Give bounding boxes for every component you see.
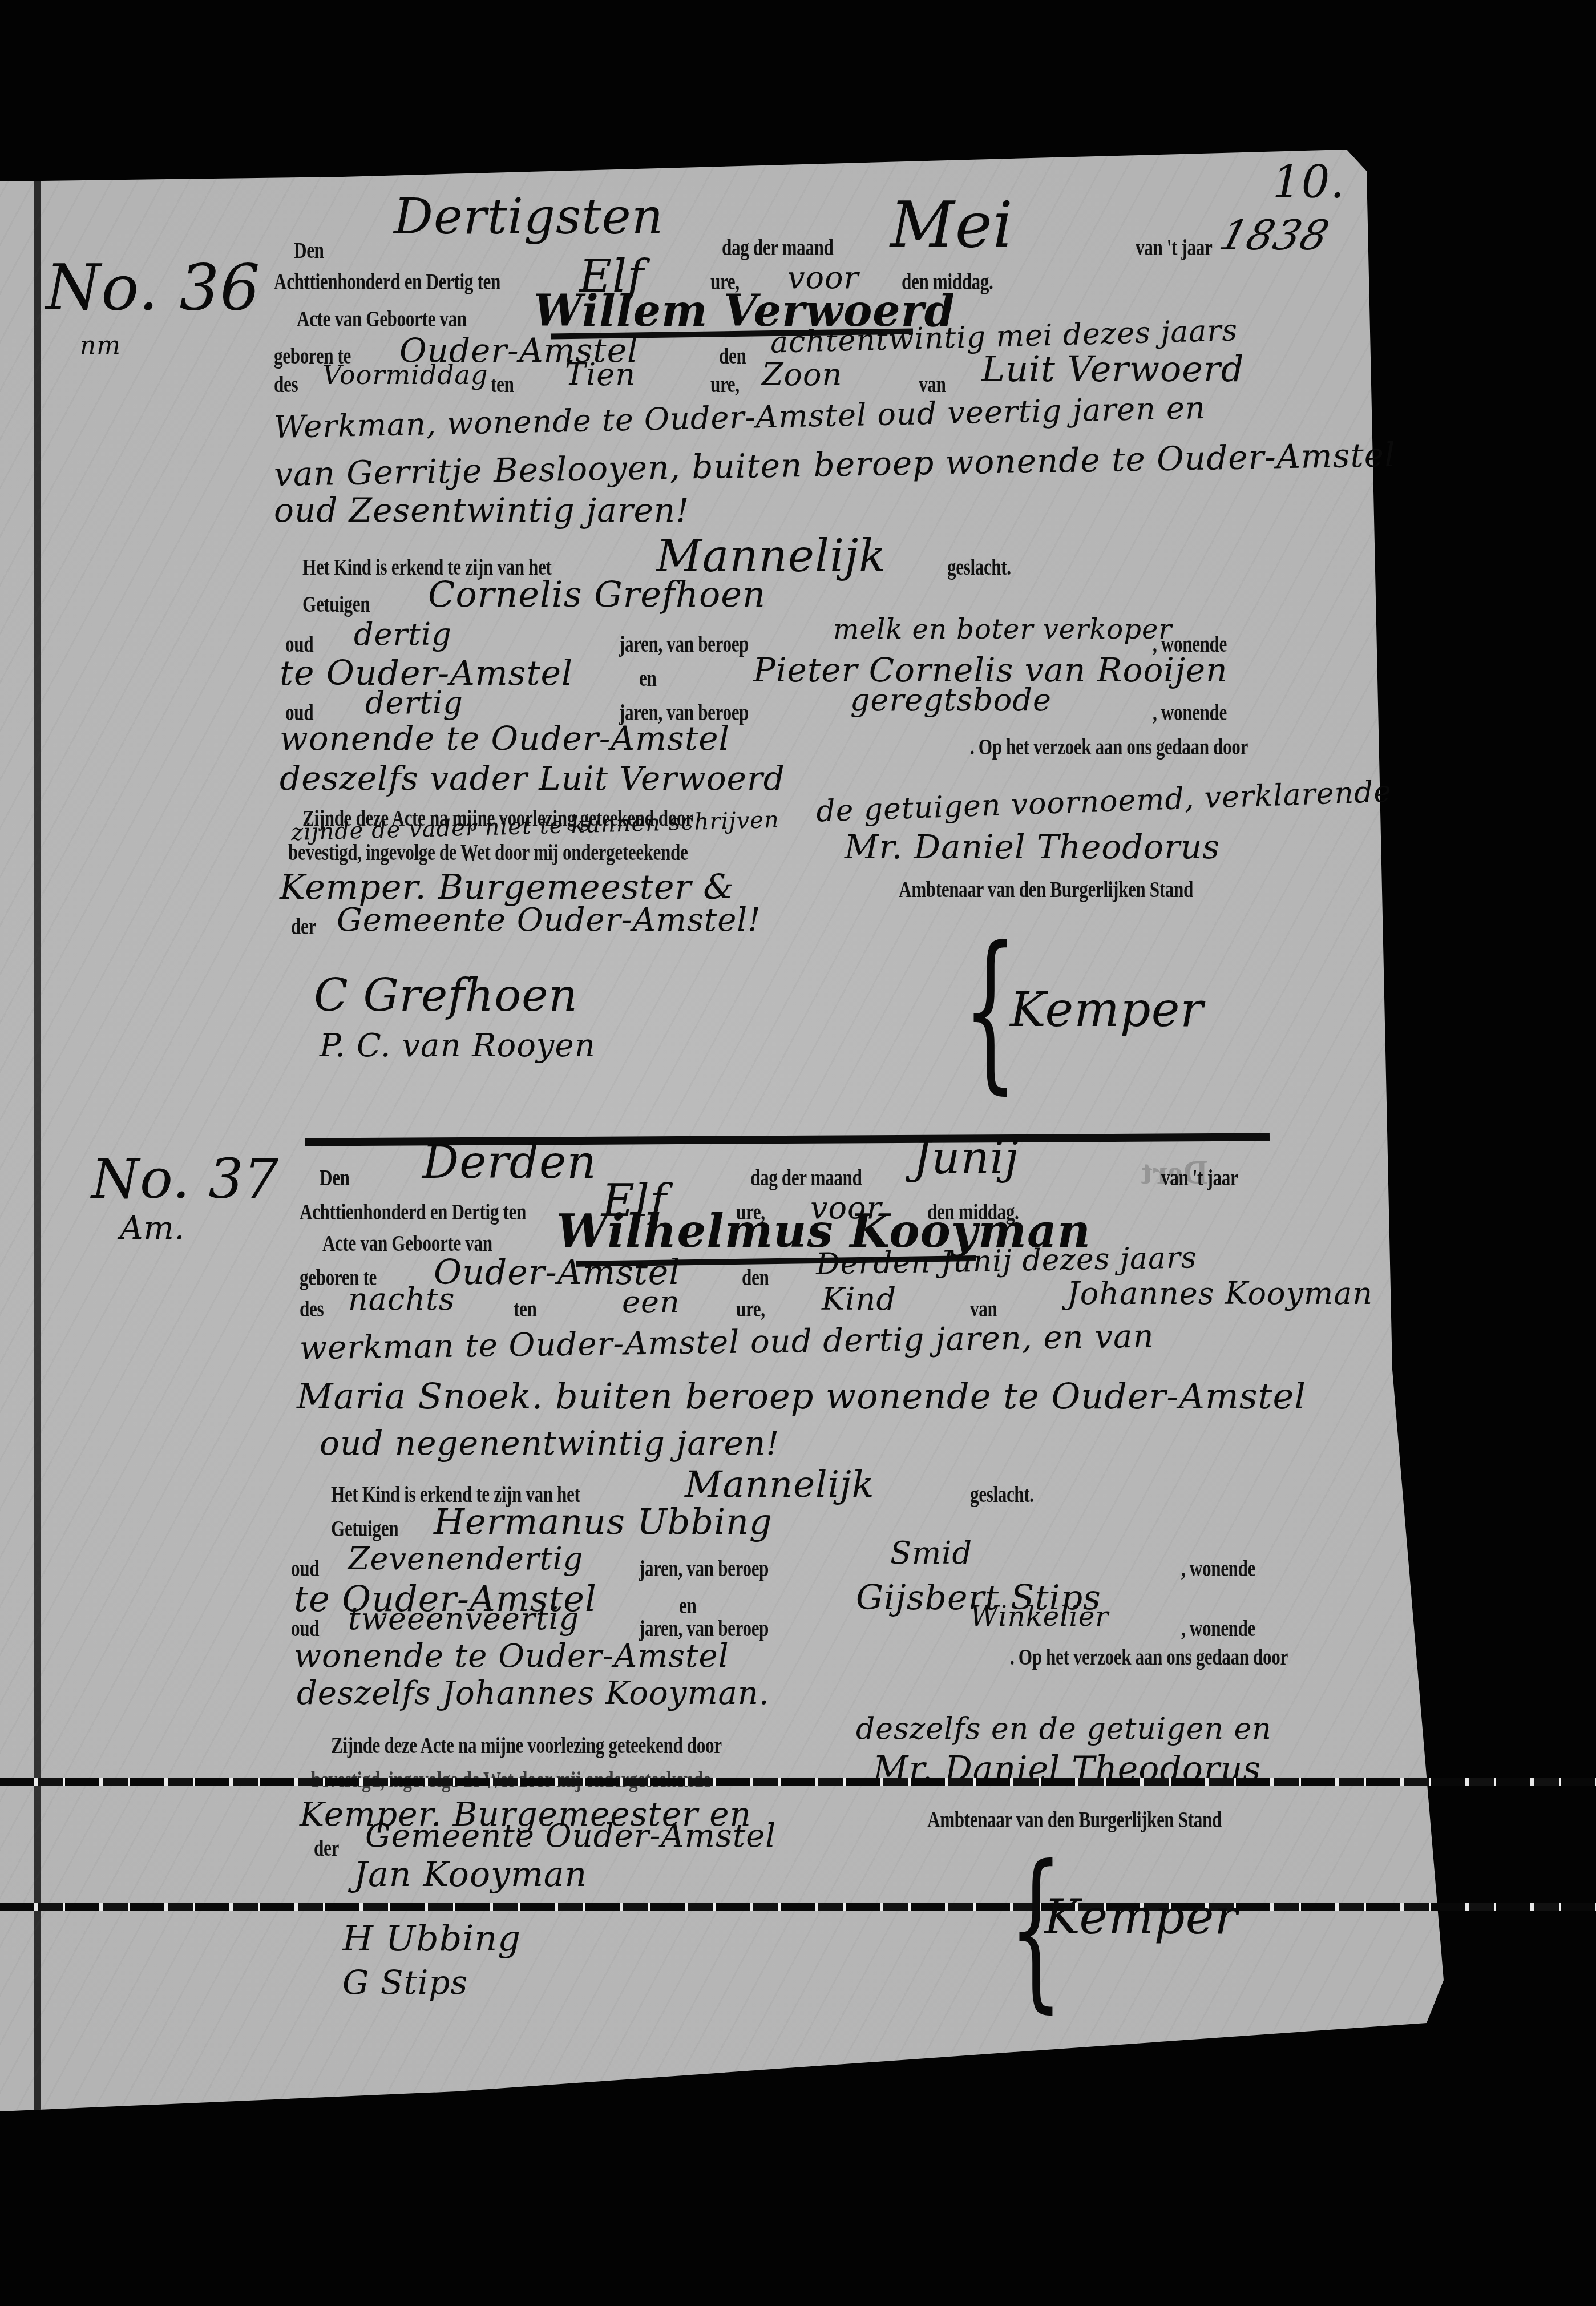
witness1-name: Cornelis Grefhoen [428, 574, 766, 615]
label-des: des [274, 371, 298, 398]
day: Dertigsten [394, 188, 664, 245]
label-ten: ten [514, 1295, 536, 1322]
label-ambtenaar: Ambtenaar van den Burgerlijken Stand [927, 1806, 1222, 1833]
label-den-small: den [719, 342, 746, 369]
line-mother: Maria Snoek. buiten beroep wonende te Ou… [297, 1375, 1306, 1417]
label-wonende-2: , wonende [1153, 699, 1227, 726]
page-number: 10. [1272, 157, 1345, 208]
label-den-small: den [742, 1264, 769, 1291]
label-van-t-jaar: van 't jaar [1136, 234, 1212, 261]
line-mother-age: oud Zesentwintig jaren! [274, 491, 689, 530]
label-geslacht: geslacht. [970, 1481, 1034, 1508]
time-of-day: Voormiddag [322, 360, 488, 390]
witness2-residence: wonende te Ouder-Amstel [280, 719, 730, 758]
label-geslacht: geslacht. [947, 554, 1011, 580]
label-dag-der-maand: dag der maand [722, 234, 833, 261]
witness-signature-1: H Ubbing [342, 1917, 521, 1959]
witness2-residence: wonende te Ouder-Amstel [294, 1638, 729, 1675]
birth-hour: een [622, 1284, 680, 1320]
year-margin: 1838 [1215, 211, 1335, 259]
label-wonende-2: , wonende [1181, 1615, 1255, 1642]
time-of-day: nachts [348, 1281, 455, 1317]
label-getuigen: Getuigen [331, 1515, 398, 1542]
witness-signature-1: C Grefhoen [314, 970, 578, 1021]
label-ambtenaar: Ambtenaar van den Burgerlijken Stand [899, 876, 1193, 903]
scan-damage-line [0, 1903, 1596, 1911]
label-den: Den [294, 237, 324, 264]
signed-by: deszelfs en de getuigen en [856, 1712, 1272, 1746]
father: Luit Verwoerd [981, 348, 1244, 390]
margin-note: Am. [120, 1210, 185, 1247]
label-ten: ten [491, 371, 514, 398]
label-van-t-jaar: van 't jaar [1161, 1164, 1238, 1191]
label-van: van [970, 1295, 997, 1322]
record-number: No. 36 [46, 251, 260, 324]
witness1-occupation: melk en boter verkoper [833, 613, 1172, 645]
label-bevestigd: bevestigd, ingevolge de Wet door mij ond… [288, 839, 688, 866]
official-brace: { [963, 924, 1017, 1096]
scan-damage-line [0, 1778, 1596, 1786]
label-achttienhonderd: Achttienhonderd en Dertig ten [274, 268, 500, 295]
witness-signature-2: P. C. van Rooyen [320, 1027, 596, 1064]
relation: Kind [822, 1281, 896, 1317]
witness1-name: Hermanus Ubbing [434, 1501, 773, 1542]
relation: Zoon [762, 357, 842, 393]
label-jaren-beroep-1: jaren, van beroep [619, 631, 749, 657]
birth-hour: Tien [565, 357, 636, 393]
label-ure2: ure, [736, 1295, 765, 1322]
witness2-age: dertig [365, 685, 463, 721]
line-mother-age: oud negenentwintig jaren! [320, 1424, 780, 1463]
month: Mei [890, 188, 1013, 261]
official-signature: Kemper [1010, 982, 1204, 1037]
official-gemeente: Gemeente Ouder-Amstel! [337, 902, 761, 939]
label-wonende-1: , wonende [1181, 1555, 1255, 1582]
label-jaren-beroep-1: jaren, van beroep [639, 1555, 769, 1582]
label-verzoek: . Op het verzoek aan ons gedaan door [970, 733, 1248, 760]
witness2-occupation: geregtsbode [850, 682, 1052, 718]
declarant: deszelfs vader Luit Verwoerd [280, 759, 785, 798]
label-der: der [314, 1835, 339, 1861]
witness2-age: tweeenveertig [348, 1601, 579, 1637]
label-verzoek: . Op het verzoek aan ons gedaan door [1010, 1643, 1288, 1670]
label-den: Den [320, 1164, 350, 1191]
label-ure2: ure, [710, 371, 740, 398]
month: Junij [913, 1133, 1019, 1184]
label-acte-van-geboorte: Acte van Geboorte van [297, 305, 467, 332]
official-gemeente: Gemeente Ouder-Amstel [365, 1818, 776, 1855]
declarant: deszelfs Johannes Kooyman. [297, 1675, 770, 1712]
label-des: des [300, 1295, 324, 1322]
label-en: en [639, 665, 656, 692]
official-name: Mr. Daniel Theodorus [845, 827, 1220, 866]
father: Johannes Kooyman [1067, 1275, 1373, 1311]
margin-note: nm [80, 331, 121, 360]
binding-edge [34, 181, 41, 2111]
sex: Mannelijk [685, 1464, 875, 1506]
day: Derden [422, 1136, 597, 1189]
witness-signature-2: G Stips [342, 1963, 468, 2002]
witness1-occupation: Smid [890, 1535, 972, 1571]
official-signature: Kemper [1044, 1889, 1238, 1945]
label-van: van [919, 371, 946, 398]
label-der: der [291, 913, 316, 940]
label-dag-der-maand: dag der maand [750, 1164, 862, 1191]
witness1-age: dertig [354, 616, 452, 652]
record-number: No. 37 [91, 1147, 279, 1211]
label-achttienhonderd: Achttienhonderd en Dertig ten [300, 1198, 526, 1225]
witness2-occupation: Winkelier [970, 1601, 1109, 1633]
label-zijnde: Zijnde deze Acte na mijne voorlezing get… [331, 1732, 722, 1759]
witness1-age: Zevenendertig [348, 1541, 583, 1577]
declarant-signature: Jan Kooyman [354, 1855, 587, 1895]
label-getuigen: Getuigen [302, 591, 370, 617]
